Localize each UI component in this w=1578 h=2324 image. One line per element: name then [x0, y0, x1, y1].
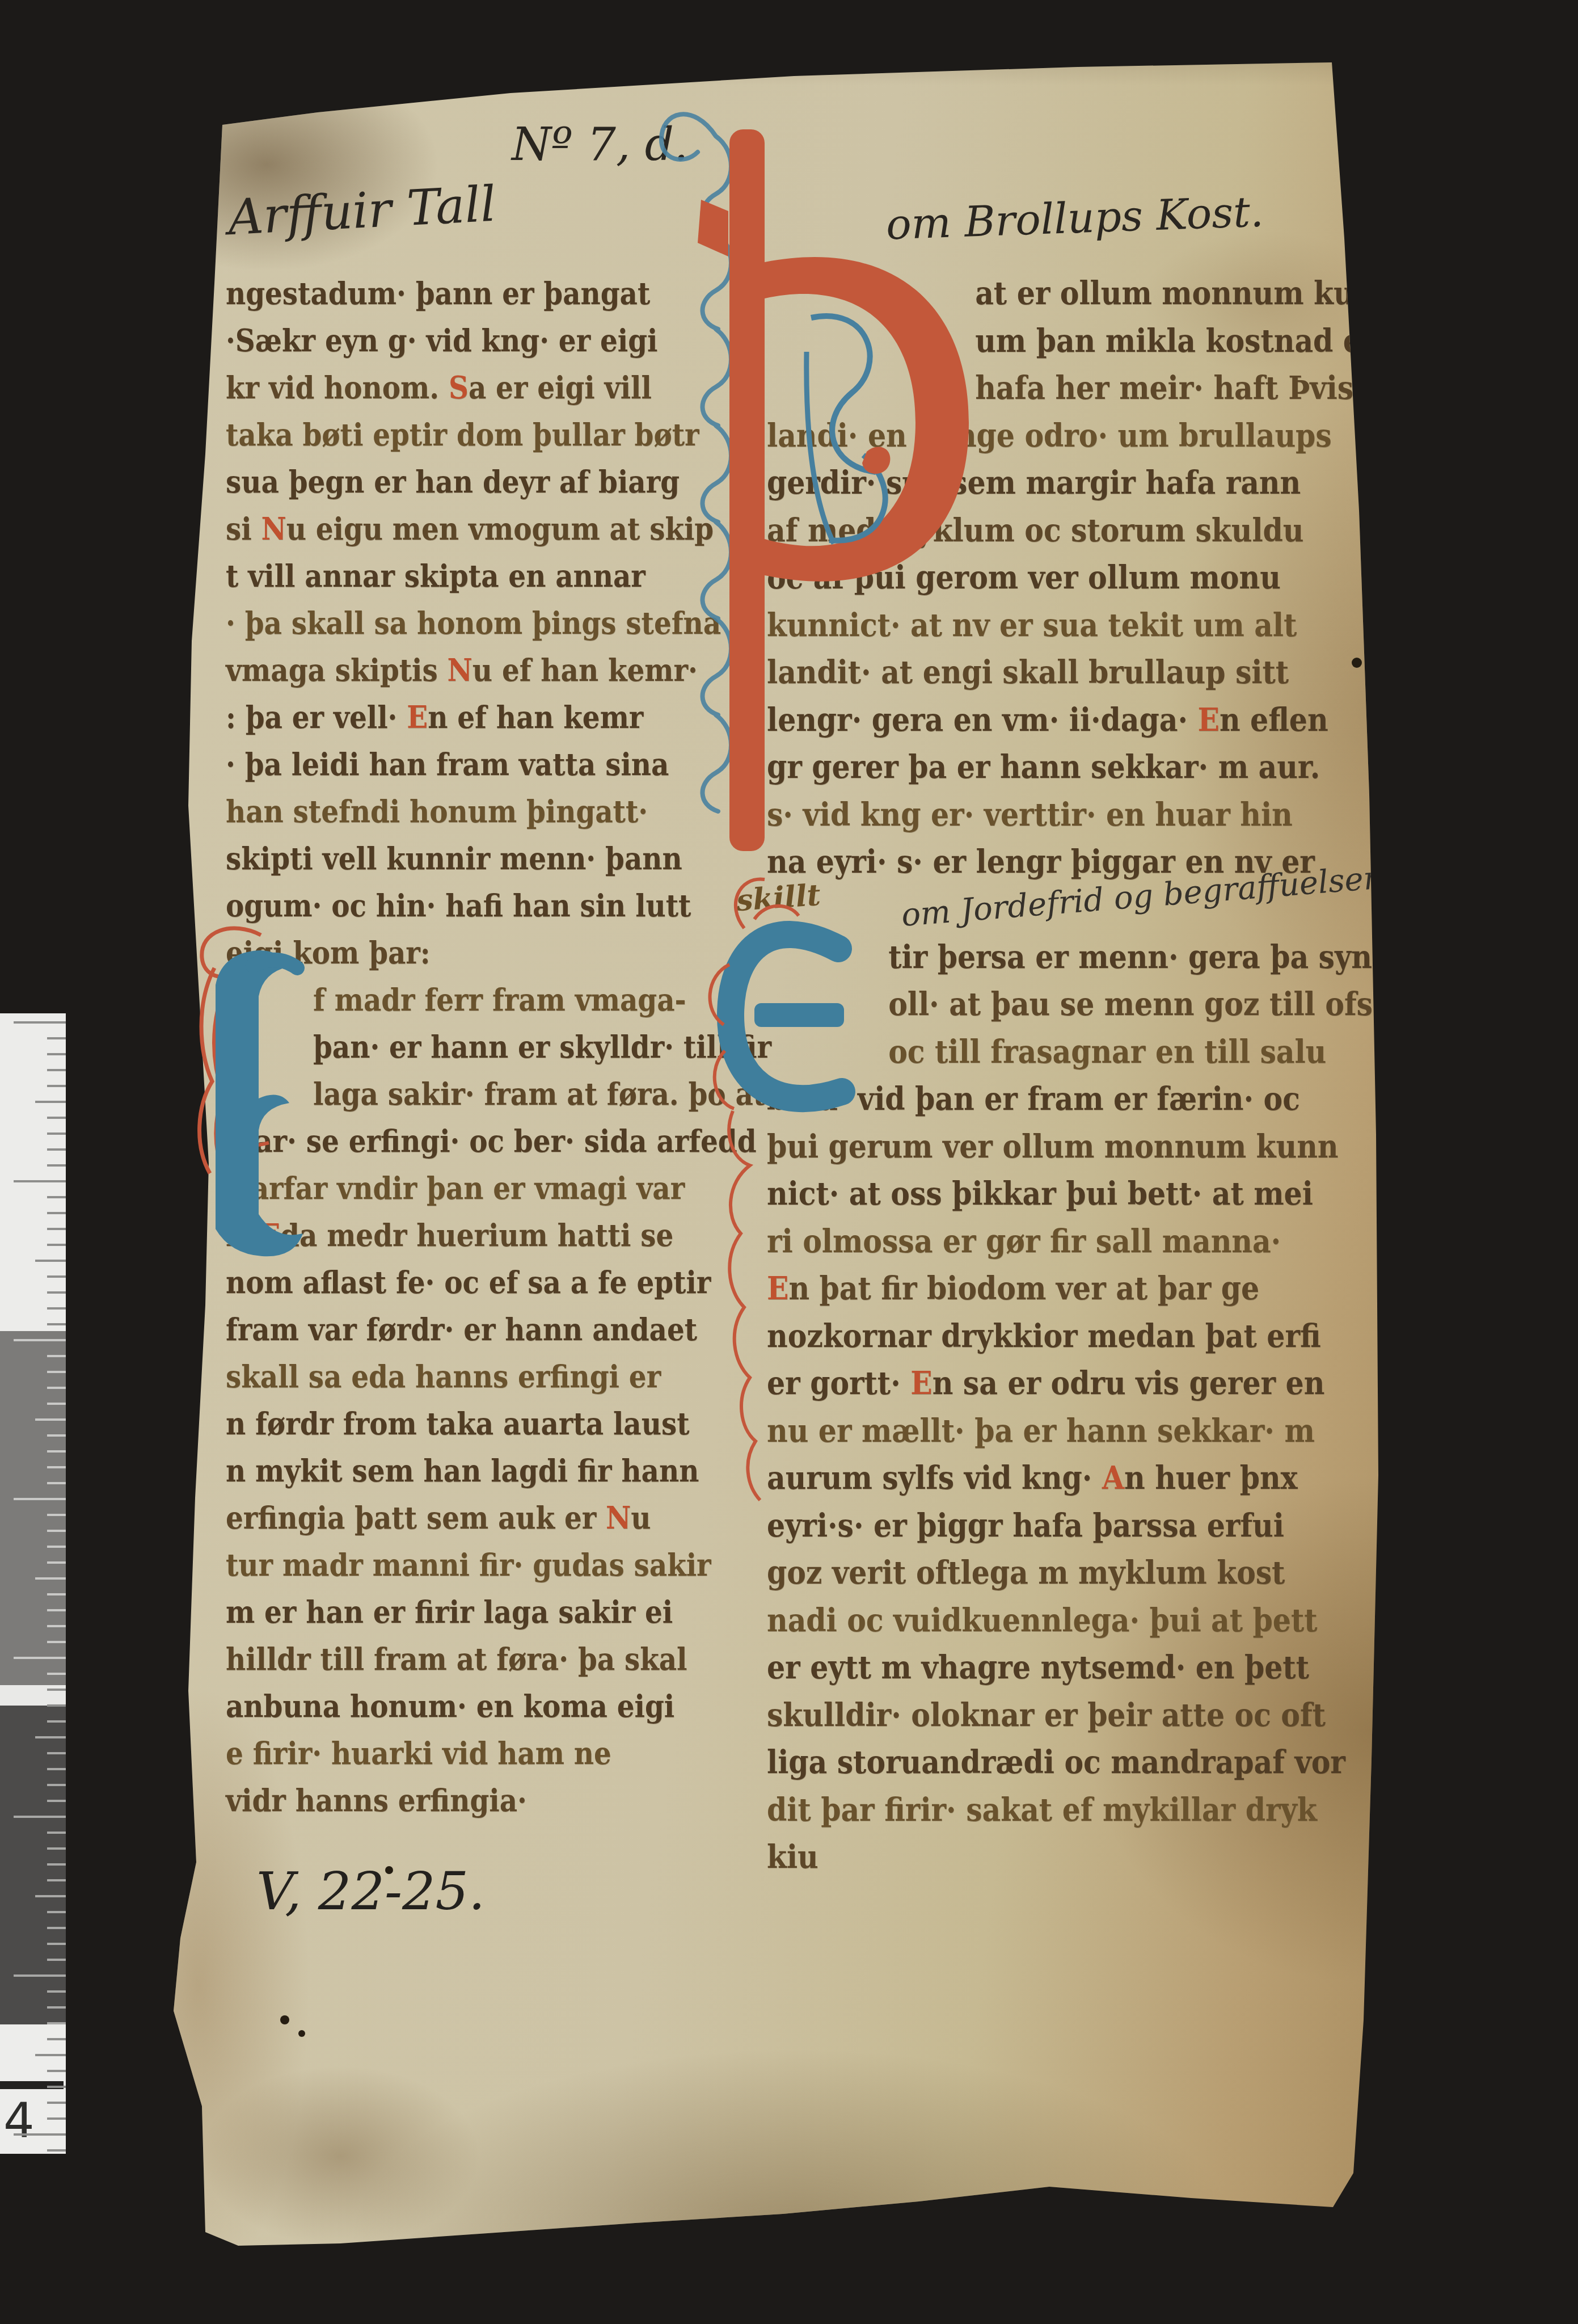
text-line: vidr hanns erfingia· [226, 1778, 675, 1825]
ruler-tick [35, 1260, 66, 1262]
ruler-tick [47, 1800, 66, 1802]
text-line: r· Eda medr huerium hatti se [226, 1213, 675, 1260]
ruler-tick [35, 2054, 66, 2056]
text-line: oc till frasagnar en till salu [767, 1030, 1282, 1077]
rubricated-capital: N [448, 651, 472, 688]
ruler-tick [47, 1863, 66, 1866]
ruler-tick [47, 1132, 66, 1135]
ruler-tick [47, 1943, 66, 1945]
text-line: dit þar firir· sakat ef mykillar dryk [767, 1788, 1282, 1835]
ruler-tick [47, 1164, 66, 1167]
text-line: fram var førdr· er hann andaet [226, 1307, 675, 1354]
ruler-tick [47, 1911, 66, 1913]
text-line: nozkornar drykkior medan þat erfi [767, 1314, 1282, 1362]
text-line: skall sa eda hanns erfingi er [226, 1354, 675, 1401]
gray-scale-ruler: 4 [0, 1013, 66, 2154]
ruler-tick [47, 1689, 66, 1691]
text-line: oll· at þau se menn goz till ofsa [767, 982, 1282, 1030]
ruler-tick [35, 1895, 66, 1897]
text-line: sua þegn er han deyr af biarg [226, 460, 675, 507]
ruler-tick [47, 1514, 66, 1516]
ruler-tick [47, 1450, 66, 1452]
ruler-tick [47, 1482, 66, 1484]
text-line: landit· at engi skall brullaup sitt [767, 650, 1282, 698]
text-line: tir þersa er menn· gera þa synizt [767, 935, 1282, 983]
ruler-tick [47, 1609, 66, 1611]
text-line: s· vid kng er· verttir· en huar hin [767, 793, 1282, 840]
ruler-tick [47, 1927, 66, 1929]
ruler-tick [14, 1498, 66, 1500]
manuscript-page: Nº 7, d. Arffuir Tall om Brollups Kost. … [0, 0, 1578, 2324]
ruler-tick [47, 2117, 66, 2120]
rubricated-capital: N [261, 510, 286, 547]
text-line: vmaga skiptis Nu ef han kemr· [226, 648, 675, 695]
ruler-tick [47, 1720, 66, 1723]
text-column-left: ngestadum· þann er þangat·Sækr eyn g· vi… [226, 271, 736, 1825]
text-line: at er ollum monnum kunict [767, 271, 1282, 319]
ruler-tick [47, 1323, 66, 1325]
ruler-tick [47, 1434, 66, 1437]
ruler-tick [47, 1625, 66, 1627]
text-line: f madr ferr fram vmaga- [226, 978, 675, 1025]
text-line: mar· se erfingi· oc ber· sida arfedd [226, 1119, 675, 1166]
text-line: eyri·s· er þiggr hafa þarssa erfui [767, 1504, 1282, 1551]
ruler-tick [47, 1879, 66, 1881]
text-line: lengr· gera en vm· ii·daga· En eflen [767, 698, 1282, 746]
ruler-tick [47, 1069, 66, 1071]
ruler-tick [47, 1641, 66, 1643]
ruler-tick [14, 1974, 66, 1977]
ruler-tick [47, 2022, 66, 2024]
rubricated-capital: S [449, 369, 469, 406]
rubricated-capital: A [1102, 1459, 1124, 1497]
text-line: hilldr till fram at føra· þa skal [226, 1637, 675, 1684]
text-line: skulldir· oloknar er þeir atte oc oft [767, 1693, 1282, 1741]
ruler-tick [35, 1101, 66, 1103]
ruler-tick [35, 1736, 66, 1738]
text-line: liga storuandrædi oc mandrapaf vor [767, 1740, 1282, 1788]
ruler-tick [47, 1307, 66, 1310]
ruler-tick [47, 2086, 66, 2088]
text-line: : þa er vell· En ef han kemr [226, 695, 675, 742]
ruler-tick [47, 1355, 66, 1357]
ruler-tick [47, 1768, 66, 1770]
ruler-tick [47, 1053, 66, 1055]
ruler-tick [47, 1784, 66, 1786]
text-column-right: at er ollum monnum kunictum þan mikla ko… [767, 271, 1340, 1883]
ruler-tick [47, 1593, 66, 1595]
text-line: En þat fir biodom ver at þar ge [767, 1266, 1282, 1314]
ruler-tick [47, 2102, 66, 2104]
ruler-tick [14, 1339, 66, 1341]
ruler-tick [47, 1847, 66, 1850]
ruler-tick [47, 1704, 66, 1707]
text-line: landi· en i enge odro· um brullaups [767, 414, 1282, 461]
ruler-tick [47, 2006, 66, 2009]
ruler-tick [47, 2070, 66, 2072]
shelfmark-annotation: Nº 7, d. [512, 118, 688, 171]
ruler-tick [14, 1021, 66, 1024]
text-line: þan· er hann er skylldr· till fir [226, 1025, 675, 1072]
ruler-tick [47, 1085, 66, 1087]
text-line: kr vid honom. Sa er eigi vill [226, 365, 675, 412]
ruler-tick [47, 1466, 66, 1468]
ruler-tick [47, 1212, 66, 1214]
ruler-tick [47, 1546, 66, 1548]
ruler-tick [47, 2149, 66, 2152]
ruler-tick [47, 1244, 66, 1246]
text-line: erfingia þatt sem auk er Nu [226, 1496, 675, 1543]
text-line: nadi oc vuidkuennlega· þui at þett [767, 1598, 1282, 1646]
ruler-tick [47, 2038, 66, 2040]
ruler-tick [47, 1387, 66, 1389]
text-line: anbuna honum· en koma eigi [226, 1684, 675, 1731]
text-line: er gortt· En sa er odru vis gerer en [767, 1361, 1282, 1409]
text-line: ri olmossa er gør fir sall manna· [767, 1219, 1282, 1267]
ruler-tick [47, 1752, 66, 1754]
ruler-tick [47, 1959, 66, 1961]
ruler-tick [47, 1561, 66, 1564]
text-line: han stefndi honum þingatt· [226, 789, 675, 836]
rubricated-capital: E [407, 698, 428, 735]
ruler-tick [35, 1418, 66, 1421]
text-line: ngestadum· þann er þangat [226, 271, 675, 318]
ruler-tick [47, 1148, 66, 1151]
ruler-tick [47, 1371, 66, 1373]
ruler-tick [35, 1577, 66, 1580]
text-line: tur madr manni fir· gudas sakir [226, 1543, 675, 1590]
text-line: kunnict· at nv er sua tekit um alt [767, 603, 1282, 651]
text-line: af med myklum oc storum skuldu [767, 508, 1282, 556]
text-line: ttarfar vndir þan er vmagi var [226, 1166, 675, 1213]
ruler-tick [47, 1673, 66, 1675]
text-line: si Nu eigu men vmogum at skip [226, 507, 675, 554]
rubricated-capital: N [606, 1499, 631, 1536]
text-line: taka bøti eptir dom þullar bøtr [226, 412, 675, 460]
text-line: bota· vid þan er fram er færin· oc [767, 1077, 1282, 1125]
text-line: n førdr from taka auarta laust [226, 1401, 675, 1449]
text-line: kiu [767, 1835, 1282, 1883]
text-line: nu er mællt· þa er hann sekkar· m [767, 1409, 1282, 1456]
ruler-tick [47, 1291, 66, 1294]
verse-reference-annotation: V, 22-25. [256, 1861, 485, 1922]
right-column-title-annotation: om Brollups Kost. [885, 187, 1264, 249]
text-line: skipti vell kunnir menn· þann [226, 836, 675, 883]
ruler-tick [14, 1816, 66, 1818]
text-line: er eytt m vhagre nytsemd· en þett [767, 1645, 1282, 1693]
ruler-tick [47, 1228, 66, 1230]
ruler-scale-number: 4 [3, 2093, 35, 2149]
text-line: goz verit oftlega m myklum kost [767, 1551, 1282, 1598]
text-line: e firir· huarki vid ham ne [226, 1731, 675, 1778]
text-line: þui gerum ver ollum monnum kunn [767, 1125, 1282, 1172]
ruler-tick [47, 1196, 66, 1198]
text-line: ·Sækr eyn g· vid kng· er eigi [226, 318, 675, 365]
ruler-tick [47, 1403, 66, 1405]
text-line: nom aflast fe· oc ef sa a fe eptir [226, 1260, 675, 1307]
text-line: hafa her meir· haft Þvisa [767, 366, 1282, 414]
ruler-tick [14, 2133, 66, 2136]
text-line: t vill annar skipta en annar [226, 554, 675, 601]
ruler-tick [47, 1117, 66, 1119]
rubricated-capital: E [259, 1216, 280, 1253]
left-column-title-annotation: Arffuir Tall [227, 176, 497, 247]
ruler-tick [47, 1275, 66, 1278]
text-line: · þa skall sa honom þings stefna [226, 601, 675, 648]
text-line: um þan mikla kostnad er m [767, 319, 1282, 367]
text-line: oc af þui gerom ver ollum monu [767, 555, 1282, 603]
rubricated-capital: E [1198, 701, 1220, 739]
ruler-tick [14, 1180, 66, 1182]
text-line: aurum sylfs vid kng· An huer þnx [767, 1456, 1282, 1504]
text-line: ogum· oc hin· hafi han sin lutt [226, 883, 675, 931]
text-line: n mykit sem han lagdi fir hann [226, 1449, 675, 1496]
ruler-tick [47, 1990, 66, 1993]
ruler-tick [14, 1657, 66, 1659]
text-line: eigi kom þar: [226, 931, 675, 978]
text-line: gr gerer þa er hann sekkar· m aur. [767, 745, 1282, 793]
ruler-tick [47, 1530, 66, 1532]
text-line: · þa leidi han fram vatta sina [226, 742, 675, 789]
text-line: nict· at oss þikkar þui bett· at mei [767, 1172, 1282, 1219]
ruler-tick [47, 1037, 66, 1039]
text-line: laga sakir· fram at føra. þo at [226, 1072, 675, 1119]
text-line: na eyri· s· er lengr þiggar en nv er [767, 840, 1282, 887]
text-line: gerdir· sua sem margir hafa rann [767, 461, 1282, 508]
ruler-tick [47, 1832, 66, 1834]
text-line: m er han er firir laga sakir ei [226, 1590, 675, 1637]
rubricated-capital: E [767, 1270, 788, 1307]
rubricated-capital: E [910, 1365, 932, 1402]
